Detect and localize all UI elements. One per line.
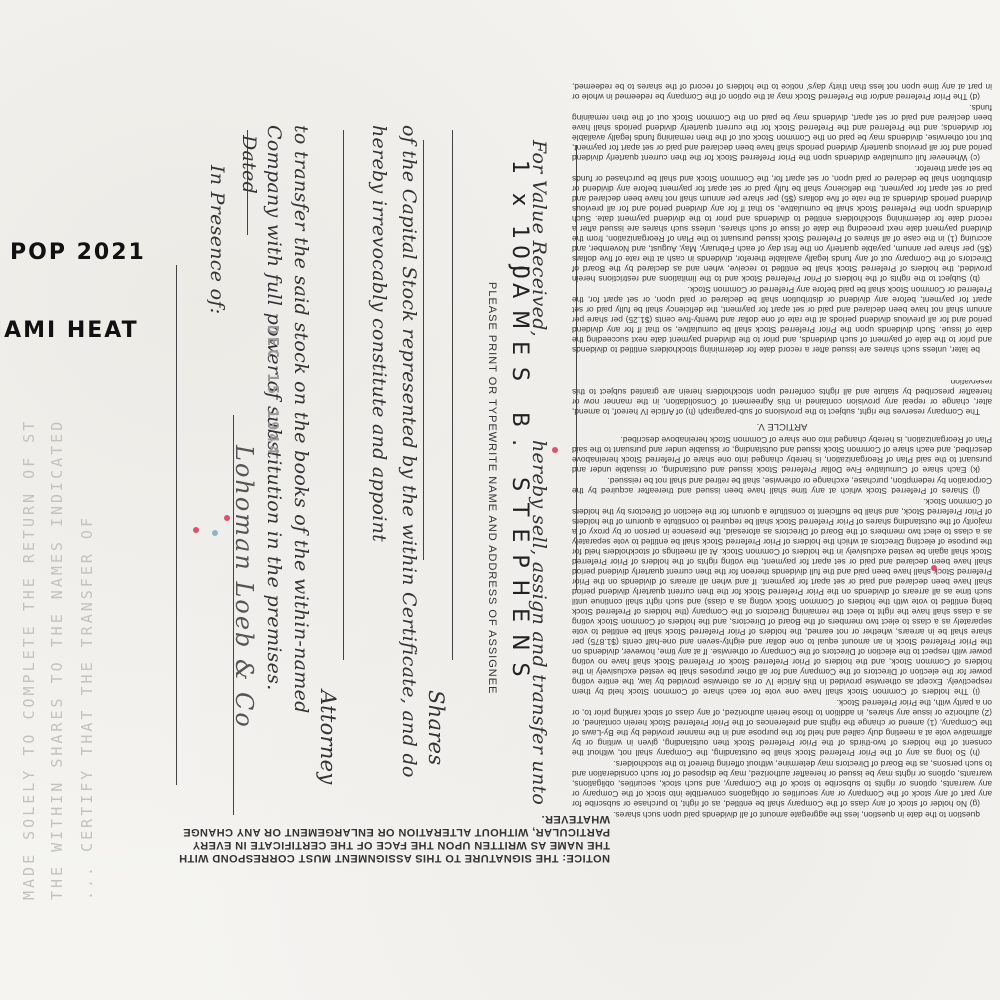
ink-dot — [552, 447, 558, 453]
legal-paragraph: (i) The holders of Common Stock shall ha… — [572, 497, 992, 697]
faint-stamp-line: MADE SOLELY TO COMPLETE THE RETURN OF ST — [20, 419, 38, 900]
ink-dot — [931, 565, 937, 571]
legal-text-column-1: be later, unless such shares are issued … — [572, 80, 992, 355]
in-presence-label: In Presence of: — [206, 165, 228, 314]
capital-stock-text: of the Capital Stock represented by the … — [398, 125, 420, 778]
faint-stamp-line: ... CERTIFY THAT THE TRANSFER OF — [78, 515, 96, 900]
appoint-text: hereby irrevocably constitute and appoin… — [368, 125, 390, 542]
faint-stamp-line: THE WITHIN SHARES TO THE NAMES INDICATED — [48, 419, 66, 900]
article-heading: ARTICLE V. — [572, 421, 992, 431]
legal-paragraph: (g) No holder of stock of any class of t… — [572, 759, 992, 809]
legal-paragraph: (h) So long as any of the Prior Preferre… — [572, 698, 992, 758]
legal-paragraph: (b) Subject to the rights of the holders… — [572, 164, 992, 284]
assignee-name-field[interactable]: JAMES B. STEPHENS — [507, 265, 532, 689]
legal-paragraph: question to the date in question, less t… — [572, 810, 992, 820]
shares-label: Shares — [424, 690, 448, 765]
ink-dot — [193, 527, 199, 533]
assignee-caption: PLEASE PRINT OR TYPEWRITE NAME AND ADDRE… — [486, 282, 498, 694]
legal-paragraph: (k) Each share of Cumulative Five Dollar… — [572, 435, 992, 475]
legal-paragraph: (c) Whenever full cumulative dividends u… — [572, 103, 992, 163]
marker-annotation-pop: POP 2021 — [10, 240, 146, 265]
dated-label: Dated — [238, 135, 260, 194]
attorney-label: Attorney — [316, 690, 340, 785]
rule-line — [423, 140, 424, 560]
rule-line — [343, 130, 344, 660]
legal-paragraph: (d) The Prior Preferred and/or the Prefe… — [572, 80, 992, 102]
marker-annotation-team: MIAMI HEAT — [0, 318, 139, 343]
ink-dot — [224, 515, 230, 521]
legal-paragraph: The Company reserves the right, subject … — [572, 380, 992, 417]
date-stamp: DEC 15 1944 — [264, 325, 282, 457]
legal-paragraph: (j) Shares of Preferred Stock which at a… — [572, 476, 992, 496]
signature[interactable]: Lohoman Loeb & Co — [230, 445, 258, 729]
transfer-text: to transfer the said stock on the books … — [290, 125, 312, 714]
legal-text-column-2: question to the date in question, less t… — [572, 380, 992, 820]
rule-line — [176, 265, 177, 785]
rule-line — [452, 130, 453, 660]
legal-paragraph: be later, unless such shares are issued … — [572, 285, 992, 355]
notice-text: NOTICE: THE SIGNATURE TO THIS ASSIGNMENT… — [170, 812, 610, 864]
ink-dot — [212, 530, 218, 536]
